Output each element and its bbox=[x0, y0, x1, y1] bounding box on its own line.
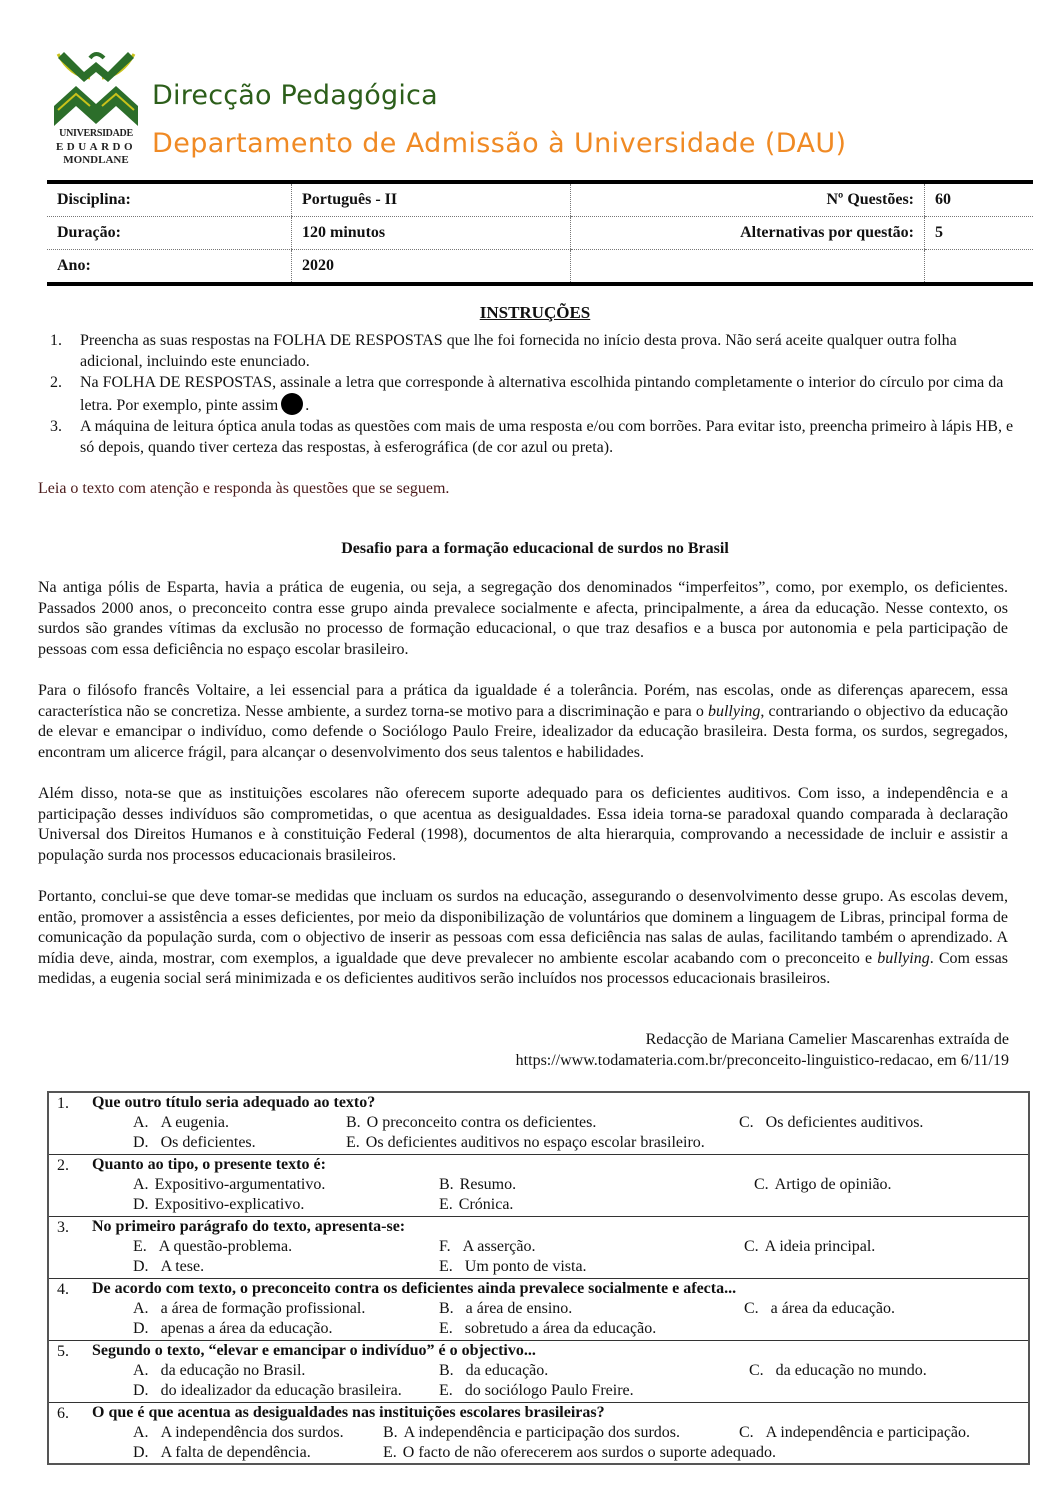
article-paragraph: Para o filósofo francês Voltaire, a lei … bbox=[38, 681, 1008, 763]
paragraph-text: Além disso, nota-se que as instituições … bbox=[38, 785, 1008, 864]
option-letter: E. bbox=[439, 1382, 453, 1400]
option-text: Os deficientes auditivos. bbox=[766, 1114, 924, 1131]
option-letter: A. bbox=[133, 1362, 149, 1380]
source-credit: Redacção de Mariana Camelier Mascarenhas… bbox=[516, 1030, 1009, 1071]
option-letter: A. bbox=[133, 1176, 149, 1194]
option-text: A asserção. bbox=[463, 1238, 536, 1255]
option-letter: C. bbox=[744, 1238, 759, 1256]
answer-option: E.Os deficientes auditivos no espaço esc… bbox=[346, 1134, 705, 1152]
question-text: Quanto ao tipo, o presente texto é: bbox=[92, 1156, 326, 1174]
answer-option: B.Resumo. bbox=[439, 1176, 516, 1194]
header-subtitle: Departamento de Admissão à Universidade … bbox=[152, 128, 846, 159]
answer-option: C.Artigo de opinião. bbox=[754, 1176, 892, 1194]
question-2: 2.Quanto ao tipo, o presente texto é:A.E… bbox=[49, 1155, 1028, 1217]
option-letter: B. bbox=[439, 1176, 454, 1194]
option-text: Os deficientes auditivos no espaço escol… bbox=[366, 1134, 705, 1151]
answer-option: D.apenas a área da educação. bbox=[133, 1320, 332, 1338]
answer-option: C.a área da educação. bbox=[744, 1300, 895, 1318]
answer-option: C.A independência e participação. bbox=[739, 1424, 970, 1442]
option-letter: D. bbox=[133, 1444, 149, 1462]
info-value: Português - II bbox=[292, 184, 571, 217]
question-text: Que outro título seria adequado ao texto… bbox=[92, 1094, 375, 1112]
answer-option: D.A tese. bbox=[133, 1258, 204, 1276]
university-logo-icon bbox=[50, 48, 142, 128]
answer-option: E.do sociólogo Paulo Freire. bbox=[439, 1382, 634, 1400]
instruction-number: 1. bbox=[50, 330, 62, 351]
option-letter: E. bbox=[439, 1196, 453, 1214]
logo-line-1: UNIVERSIDADE bbox=[50, 129, 142, 139]
paragraph-italic: bullying bbox=[877, 950, 929, 967]
answer-option: A.A eugenia. bbox=[133, 1114, 229, 1132]
info-label bbox=[571, 250, 925, 283]
question-text: Segundo o texto, “elevar e emancipar o i… bbox=[92, 1342, 536, 1360]
option-text: Expositivo-explicativo. bbox=[155, 1196, 305, 1213]
answer-option: B.A independência e participação dos sur… bbox=[383, 1424, 680, 1442]
text-title: Desafio para a formação educacional de s… bbox=[0, 540, 1058, 558]
option-text: da educação no Brasil. bbox=[161, 1362, 306, 1379]
option-text: a área de formação profissional. bbox=[161, 1300, 366, 1317]
option-text: Um ponto de vista. bbox=[465, 1258, 587, 1275]
header-title: Direcção Pedagógica bbox=[152, 80, 438, 111]
option-letter: D. bbox=[133, 1258, 149, 1276]
answer-option: E.Crónica. bbox=[439, 1196, 513, 1214]
info-row: Ano: 2020 bbox=[47, 250, 1033, 283]
article-paragraph: Além disso, nota-se que as instituições … bbox=[38, 784, 1008, 866]
answer-option: A.Expositivo-argumentativo. bbox=[133, 1176, 325, 1194]
option-letter: C. bbox=[739, 1114, 754, 1132]
question-text: De acordo com texto, o preconceito contr… bbox=[92, 1280, 736, 1298]
instructions-list: 1. Preencha as suas respostas na FOLHA D… bbox=[47, 330, 1022, 458]
option-letter: D. bbox=[133, 1196, 149, 1214]
option-letter: B. bbox=[346, 1114, 361, 1132]
option-text: do sociólogo Paulo Freire. bbox=[465, 1382, 634, 1399]
info-value: 120 minutos bbox=[292, 217, 571, 250]
option-text: Resumo. bbox=[460, 1176, 516, 1193]
university-logo: UNIVERSIDADE EDUARDO MONDLANE bbox=[50, 48, 142, 168]
instruction-text: Na FOLHA DE RESPOSTAS, assinale a letra … bbox=[80, 374, 1003, 414]
answer-option: A.da educação no Brasil. bbox=[133, 1362, 305, 1380]
option-letter: B. bbox=[439, 1362, 454, 1380]
question-number: 3. bbox=[57, 1219, 69, 1237]
option-text: a área de ensino. bbox=[466, 1300, 573, 1317]
option-letter: C. bbox=[744, 1300, 759, 1318]
option-text: sobretudo a área da educação. bbox=[465, 1320, 656, 1337]
info-label: Alternativas por questão: bbox=[571, 217, 925, 250]
question-5: 5.Segundo o texto, “elevar e emancipar o… bbox=[49, 1341, 1028, 1403]
option-text: da educação. bbox=[466, 1362, 549, 1379]
info-value: 60 bbox=[925, 184, 1034, 217]
option-text: A independência dos surdos. bbox=[161, 1424, 344, 1441]
option-text: A eugenia. bbox=[161, 1114, 229, 1131]
paragraph-text: Na antiga pólis de Esparta, havia a prát… bbox=[38, 579, 1008, 658]
answer-option: C.A ideia principal. bbox=[744, 1238, 875, 1256]
answer-option: B.a área de ensino. bbox=[439, 1300, 572, 1318]
answer-option: F.A asserção. bbox=[439, 1238, 535, 1256]
instruction-item: 3. A máquina de leitura óptica anula tod… bbox=[47, 416, 1022, 458]
info-label: Duração: bbox=[47, 217, 292, 250]
question-text: No primeiro parágrafo do texto, apresent… bbox=[92, 1218, 405, 1236]
paragraph-text: Portanto, conclui-se que deve tomar-se m… bbox=[38, 888, 1008, 967]
question-6: 6.O que é que acentua as desigualdades n… bbox=[49, 1403, 1028, 1463]
answer-option: D.A falta de dependência. bbox=[133, 1444, 311, 1462]
answer-option: D.Os deficientes. bbox=[133, 1134, 256, 1152]
question-number: 6. bbox=[57, 1405, 69, 1423]
option-text: Crónica. bbox=[459, 1196, 514, 1213]
info-row: Duração: 120 minutos Alternativas por qu… bbox=[47, 217, 1033, 250]
info-value bbox=[925, 250, 1034, 283]
option-letter: E. bbox=[439, 1320, 453, 1338]
info-value: 5 bbox=[925, 217, 1034, 250]
article-paragraph: Portanto, conclui-se que deve tomar-se m… bbox=[38, 887, 1008, 990]
option-text: A independência e participação. bbox=[766, 1424, 970, 1441]
answer-option: B.da educação. bbox=[439, 1362, 548, 1380]
answer-option: D.Expositivo-explicativo. bbox=[133, 1196, 304, 1214]
answer-option: C.da educação no mundo. bbox=[749, 1362, 927, 1380]
option-letter: E. bbox=[383, 1444, 397, 1462]
option-text: Os deficientes. bbox=[161, 1134, 256, 1151]
answer-option: D.do idealizador da educação brasileira. bbox=[133, 1382, 402, 1400]
question-3: 3.No primeiro parágrafo do texto, aprese… bbox=[49, 1217, 1028, 1279]
exam-info-table: Disciplina: Português - II Nº Questões: … bbox=[47, 180, 1033, 286]
answer-option: B.O preconceito contra os deficientes. bbox=[346, 1114, 596, 1132]
instruction-number: 2. bbox=[50, 372, 62, 393]
option-letter: A. bbox=[133, 1114, 149, 1132]
instruction-item: 1. Preencha as suas respostas na FOLHA D… bbox=[47, 330, 1022, 372]
question-4: 4.De acordo com texto, o preconceito con… bbox=[49, 1279, 1028, 1341]
filled-circle-icon bbox=[281, 393, 303, 415]
option-letter: E. bbox=[439, 1258, 453, 1276]
info-label: Nº Questões: bbox=[571, 184, 925, 217]
info-label: Ano: bbox=[47, 250, 292, 283]
reading-prompt: Leia o texto com atenção e responda às q… bbox=[38, 480, 449, 498]
option-letter: C. bbox=[754, 1176, 769, 1194]
article-paragraph: Na antiga pólis de Esparta, havia a prát… bbox=[38, 578, 1008, 660]
question-number: 4. bbox=[57, 1281, 69, 1299]
paragraph-italic: bullying bbox=[708, 703, 760, 720]
option-text: O facto de não oferecerem aos surdos o s… bbox=[403, 1444, 776, 1461]
option-text: O preconceito contra os deficientes. bbox=[367, 1114, 597, 1131]
question-1: 1.Que outro título seria adequado ao tex… bbox=[49, 1093, 1028, 1155]
logo-line-2: EDUARDO bbox=[50, 142, 142, 153]
instructions-title: INSTRUÇÕES bbox=[0, 303, 1058, 323]
option-letter: B. bbox=[439, 1300, 454, 1318]
option-text: Artigo de opinião. bbox=[775, 1176, 892, 1193]
instruction-item: 2. Na FOLHA DE RESPOSTAS, assinale a let… bbox=[47, 372, 1022, 416]
question-number: 1. bbox=[57, 1095, 69, 1113]
option-letter: A. bbox=[133, 1300, 149, 1318]
answer-option: E.O facto de não oferecerem aos surdos o… bbox=[383, 1444, 776, 1462]
instruction-number: 3. bbox=[50, 416, 62, 437]
answer-option: E.Um ponto de vista. bbox=[439, 1258, 587, 1276]
option-letter: D. bbox=[133, 1134, 149, 1152]
logo-line-3: MONDLANE bbox=[50, 155, 142, 166]
instruction-text: Preencha as suas respostas na FOLHA DE R… bbox=[80, 332, 957, 370]
question-number: 5. bbox=[57, 1343, 69, 1361]
option-letter: C. bbox=[749, 1362, 764, 1380]
option-text: A independência e participação dos surdo… bbox=[404, 1424, 680, 1441]
option-letter: F. bbox=[439, 1238, 451, 1256]
option-text: da educação no mundo. bbox=[776, 1362, 927, 1379]
option-letter: E. bbox=[133, 1238, 147, 1256]
credit-source: https://www.todamateria.com.br/preconcei… bbox=[516, 1051, 1009, 1072]
option-text: do idealizador da educação brasileira. bbox=[161, 1382, 402, 1399]
option-letter: C. bbox=[739, 1424, 754, 1442]
info-value: 2020 bbox=[292, 250, 571, 283]
article-body: Na antiga pólis de Esparta, havia a prát… bbox=[38, 578, 1008, 1010]
credit-author: Redacção de Mariana Camelier Mascarenhas… bbox=[516, 1030, 1009, 1051]
info-row: Disciplina: Português - II Nº Questões: … bbox=[47, 184, 1033, 217]
info-label: Disciplina: bbox=[47, 184, 292, 217]
option-text: a área da educação. bbox=[771, 1300, 895, 1317]
option-text: A falta de dependência. bbox=[161, 1444, 311, 1461]
option-letter: B. bbox=[383, 1424, 398, 1442]
option-text: Expositivo-argumentativo. bbox=[155, 1176, 326, 1193]
option-letter: E. bbox=[346, 1134, 360, 1152]
option-text: A questão-problema. bbox=[159, 1238, 292, 1255]
option-text: A tese. bbox=[161, 1258, 205, 1275]
question-text: O que é que acentua as desigualdades nas… bbox=[92, 1404, 605, 1422]
instruction-text-end: . bbox=[305, 397, 309, 414]
answer-option: C.Os deficientes auditivos. bbox=[739, 1114, 923, 1132]
option-text: A ideia principal. bbox=[765, 1238, 876, 1255]
option-letter: D. bbox=[133, 1382, 149, 1400]
answer-option: A.a área de formação profissional. bbox=[133, 1300, 365, 1318]
answer-option: E.sobretudo a área da educação. bbox=[439, 1320, 656, 1338]
question-number: 2. bbox=[57, 1157, 69, 1175]
option-letter: D. bbox=[133, 1320, 149, 1338]
questions-table: 1.Que outro título seria adequado ao tex… bbox=[47, 1091, 1030, 1465]
answer-option: A.A independência dos surdos. bbox=[133, 1424, 344, 1442]
instruction-text: A máquina de leitura óptica anula todas … bbox=[80, 418, 1013, 456]
answer-option: E.A questão-problema. bbox=[133, 1238, 292, 1256]
option-text: apenas a área da educação. bbox=[161, 1320, 333, 1337]
option-letter: A. bbox=[133, 1424, 149, 1442]
